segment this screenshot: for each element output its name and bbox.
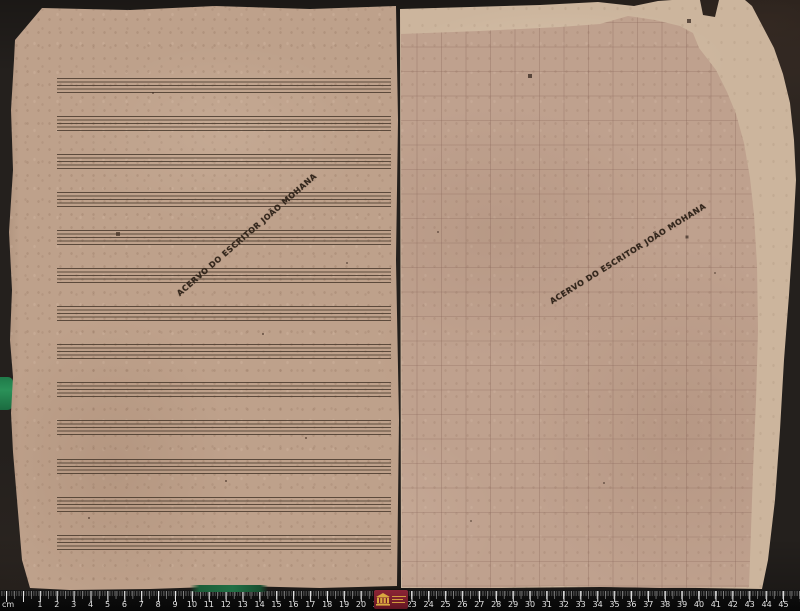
ruler-number: 17 xyxy=(305,601,315,609)
ruler-number: 10 xyxy=(187,601,197,609)
ruler-number: 23 xyxy=(407,601,417,609)
green-backing-patch xyxy=(0,377,13,410)
ruler-number: 37 xyxy=(643,601,653,609)
staff-lines xyxy=(57,154,391,169)
staff-lines xyxy=(57,344,391,359)
ruler-number: 15 xyxy=(271,601,281,609)
measurement-ruler: cm 1234567891011121314151617181920212223… xyxy=(0,590,800,611)
ruler-number: 1 xyxy=(37,601,42,609)
ruler-number: 35 xyxy=(609,601,619,609)
staff-lines xyxy=(57,382,391,397)
staff-lines xyxy=(57,78,391,93)
ruler-number: 40 xyxy=(694,601,704,609)
staff-lines xyxy=(57,459,391,474)
green-backing-strip xyxy=(190,585,268,592)
building-icon xyxy=(376,593,390,606)
ruler-number: 14 xyxy=(255,601,265,609)
logo-text-lines xyxy=(392,596,406,603)
ruler-number: 7 xyxy=(139,601,144,609)
ruler-number: 19 xyxy=(339,601,349,609)
staff-lines xyxy=(57,230,391,245)
ruler-number: 41 xyxy=(711,601,721,609)
ruler-number: 38 xyxy=(660,601,670,609)
ruler-number: 12 xyxy=(221,601,231,609)
ruler-number: 18 xyxy=(322,601,332,609)
ruler-number: 26 xyxy=(457,601,467,609)
staff-lines xyxy=(57,420,391,435)
ruler-number: 13 xyxy=(238,601,248,609)
ruler-number: 25 xyxy=(440,601,450,609)
archive-logo xyxy=(374,590,408,609)
ruler-number: 4 xyxy=(88,601,93,609)
ruler-number: 43 xyxy=(745,601,755,609)
ruler-number: 11 xyxy=(204,601,214,609)
ruler-number: 16 xyxy=(288,601,298,609)
ruler-number: 24 xyxy=(424,601,434,609)
ruler-number: 28 xyxy=(491,601,501,609)
ruler-number: 31 xyxy=(542,601,552,609)
ruler-number: 9 xyxy=(173,601,178,609)
ruler-number: 36 xyxy=(626,601,636,609)
ruler-number: 6 xyxy=(122,601,127,609)
ruler-number: 2 xyxy=(54,601,59,609)
ruler-number: 42 xyxy=(728,601,738,609)
ruler-number: 30 xyxy=(525,601,535,609)
ruler-number: 33 xyxy=(576,601,586,609)
staff-lines xyxy=(57,306,391,321)
ruler-number: 5 xyxy=(105,601,110,609)
staff-lines xyxy=(57,535,391,550)
ruler-number: 20 xyxy=(356,601,366,609)
ruler-number: 3 xyxy=(71,601,76,609)
ruler-number: 29 xyxy=(508,601,518,609)
ruler-number: 8 xyxy=(156,601,161,609)
ruler-unit-label: cm xyxy=(2,601,14,609)
ruler-number: 34 xyxy=(593,601,603,609)
ruler-number: 39 xyxy=(677,601,687,609)
ruler-number: 27 xyxy=(474,601,484,609)
staff-lines xyxy=(57,116,391,131)
ruler-number: 44 xyxy=(762,601,772,609)
staff-lines xyxy=(57,192,391,207)
ruler-number: 45 xyxy=(778,601,788,609)
staff-lines xyxy=(57,268,391,283)
staff-lines xyxy=(57,497,391,512)
scanned-document: ACERVO DO ESCRITOR JOÃO MOHANA ACERVO DO… xyxy=(0,0,800,611)
ruler-number: 32 xyxy=(559,601,569,609)
